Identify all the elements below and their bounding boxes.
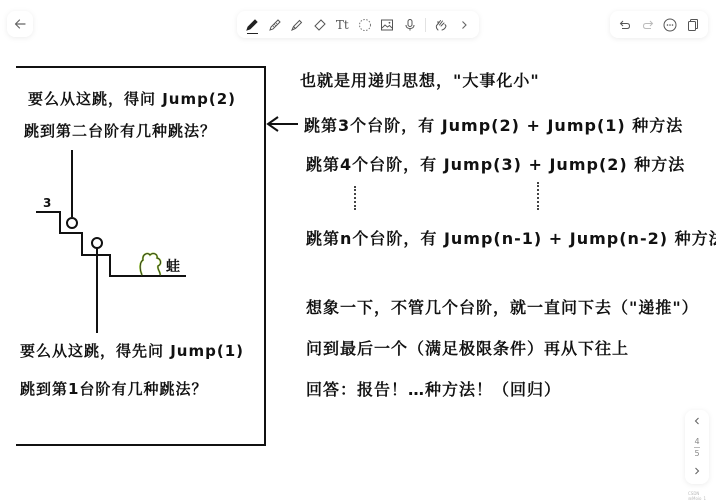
frog-label: 蛙 [166, 256, 181, 276]
right-heading: 也就是用递归思想，"大事化小" [300, 68, 540, 91]
arrow-left-icon [14, 18, 26, 30]
text-tool[interactable]: Tt [331, 11, 354, 38]
redo-button[interactable] [638, 15, 658, 35]
image-tool[interactable] [376, 11, 399, 38]
right-line-3: 跳第3个台阶，有 Jump(2) + Jump(1) 种方法 [304, 113, 683, 136]
lasso-tool[interactable] [354, 11, 377, 38]
chevron-right-icon [457, 18, 471, 32]
paragraph-line1: 想象一下，不管几个台阶，就一直问下去（"递推"） [306, 295, 699, 318]
pencil-tool[interactable] [264, 11, 287, 38]
watermark: CSDN @Mojo_1 [688, 491, 716, 500]
eraser-tool[interactable] [309, 11, 332, 38]
left-bottom-line1: 要么从这跳，得先问 Jump(1) [20, 340, 244, 361]
prev-page-button[interactable] [692, 416, 702, 428]
chevron-down-icon [692, 466, 702, 476]
undo-button[interactable] [615, 15, 635, 35]
eraser-icon [313, 18, 327, 32]
page-divider [694, 447, 700, 448]
toolbar-divider [425, 18, 426, 32]
pen-icon [245, 18, 259, 32]
next-page-button[interactable] [692, 466, 702, 478]
paragraph-line2: 问到最后一个（满足极限条件）再从下往上 [306, 336, 629, 359]
hand-icon [434, 18, 448, 32]
microphone-icon [403, 18, 417, 32]
redo-icon [641, 18, 655, 32]
total-pages: 5 [694, 449, 700, 458]
highlighter-icon [290, 18, 304, 32]
pen-tool[interactable] [241, 11, 264, 38]
microphone-tool[interactable] [399, 11, 422, 38]
highlighter-tool[interactable] [286, 11, 309, 38]
dotted-line-left [354, 186, 356, 210]
image-icon [380, 18, 394, 32]
paragraph-line3: 回答：报告！…种方法！（回归） [306, 377, 561, 400]
left-bottom-line2: 跳到第1台阶有几种跳法？ [20, 378, 207, 399]
pages-button[interactable] [683, 15, 703, 35]
right-toolbar [610, 11, 708, 38]
undo-icon [618, 18, 632, 32]
page-navigator: 4 5 [685, 410, 709, 484]
back-button[interactable] [7, 11, 33, 37]
chevron-up-icon [692, 416, 702, 426]
more-tools-button[interactable] [452, 11, 475, 38]
right-line-4: 跳第4个台阶，有 Jump(3) + Jump(2) 种方法 [306, 152, 685, 175]
stair-label: 3 [43, 196, 52, 210]
more-icon [663, 18, 677, 32]
right-line-n: 跳第n个台阶，有 Jump(n-1) + Jump(n-2) 种方法 [306, 226, 716, 249]
more-button[interactable] [660, 15, 680, 35]
dotted-line-right [537, 182, 539, 210]
hand-tool[interactable] [430, 11, 453, 38]
note-canvas[interactable]: 要么从这跳，得问 Jump(2) 跳到第二台阶有几种跳法？ 3 蛙 要么从这跳，… [0, 0, 716, 500]
current-page: 4 [694, 437, 700, 446]
pencil-icon [268, 18, 282, 32]
lasso-icon [358, 18, 372, 32]
pages-icon [686, 18, 700, 32]
text-icon: Tt [336, 18, 349, 32]
drawing-toolbar: Tt [237, 11, 479, 38]
